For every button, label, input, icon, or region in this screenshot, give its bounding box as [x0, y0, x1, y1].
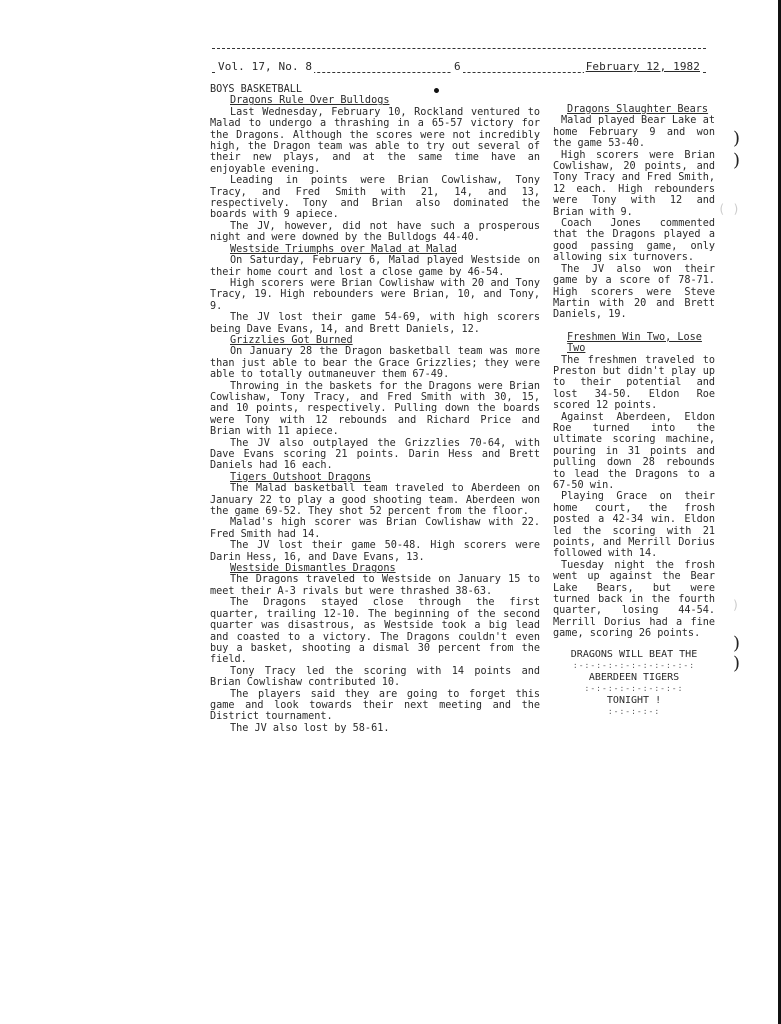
promo-line-1: DRAGONS WILL BEAT THE	[553, 648, 715, 661]
issue-date: February 12, 1982	[584, 60, 702, 73]
promo-dots-2: :-:-:-:-:-:-:-:-:	[553, 684, 715, 694]
page-header: Vol. 17, No. 8 6 February 12, 1982	[212, 60, 706, 76]
article-headline: Dragons Rule Over Bulldogs	[210, 95, 540, 106]
volume-label: Vol. 17, No. 8	[216, 60, 314, 73]
promo-dots-1: :-:-:-:-:-:-:-:-:-:-:	[553, 661, 715, 671]
article-paragraph: Tony Tracy led the scoring with 14 point…	[210, 666, 540, 689]
article-paragraph: Malad played Bear Lake at home February …	[553, 115, 715, 149]
left-column: BOYS BASKETBALL Dragons Rule Over Bulldo…	[210, 84, 540, 734]
page-number: 6	[452, 60, 463, 73]
article-headline: Tigers Outshoot Dragons	[210, 472, 540, 483]
article-paragraph: Against Aberdeen, Eldon Roe turned into …	[553, 412, 715, 492]
margin-bracket-mark: )	[733, 128, 740, 149]
article-paragraph: The JV also lost by 58-61.	[210, 723, 540, 734]
article-paragraph: High scorers were Brian Cowlishaw, 20 po…	[553, 150, 715, 218]
margin-bracket-mark: )	[733, 150, 740, 171]
left-articles: Dragons Rule Over BulldogsLast Wednesday…	[210, 95, 540, 734]
article-paragraph: Throwing in the baskets for the Dragons …	[210, 381, 540, 438]
promo-line-3: TONIGHT !	[553, 694, 715, 707]
article-paragraph: Tuesday night the frosh went up against …	[553, 560, 715, 640]
article-paragraph: Last Wednesday, February 10, Rockland ve…	[210, 107, 540, 175]
promo-dots-3: :-:-:-:-:	[553, 707, 715, 717]
article-paragraph: The JV also won their game by a score of…	[553, 264, 715, 321]
article-headline: Westside Dismantles Dragons	[210, 563, 540, 574]
article-paragraph: The JV lost their game 50-48. High score…	[210, 540, 540, 563]
article-paragraph: Malad's high scorer was Brian Cowlishaw …	[210, 517, 540, 540]
article-headline: Westside Triumphs over Malad at Malad	[210, 244, 540, 255]
article-gap	[553, 321, 715, 332]
article-headline: Grizzlies Got Burned	[210, 335, 540, 346]
faint-margin-mark: ( )	[718, 202, 740, 216]
section-title: BOYS BASKETBALL	[210, 84, 540, 95]
article-paragraph: On January 28 the Dragon basketball team…	[210, 346, 540, 380]
faint-margin-mark: )	[732, 598, 739, 612]
article-paragraph: The JV, however, did not have such a pro…	[210, 221, 540, 244]
article-paragraph: The JV lost their game 54-69, with high …	[210, 312, 540, 335]
article-headline: Freshmen Win Two, Lose Two	[553, 332, 715, 355]
article-paragraph: Leading in points were Brian Cowlishaw, …	[210, 175, 540, 221]
right-articles: Dragons Slaughter BearsMalad played Bear…	[553, 104, 715, 640]
margin-bracket-mark: )	[733, 633, 740, 654]
top-dashed-rule	[212, 48, 706, 49]
article-paragraph: The JV also outplayed the Grizzlies 70-6…	[210, 438, 540, 472]
promo-line-2: ABERDEEN TIGERS	[553, 671, 715, 684]
right-column: Dragons Slaughter BearsMalad played Bear…	[553, 104, 715, 717]
article-paragraph: The Malad basketball team traveled to Ab…	[210, 483, 540, 517]
article-paragraph: The Dragons traveled to Westside on Janu…	[210, 574, 540, 597]
article-paragraph: The players said they are going to forge…	[210, 689, 540, 723]
article-paragraph: The Dragons stayed close through the fir…	[210, 597, 540, 665]
promo-box: DRAGONS WILL BEAT THE :-:-:-:-:-:-:-:-:-…	[553, 648, 715, 717]
article-headline: Dragons Slaughter Bears	[553, 104, 715, 115]
article-paragraph: On Saturday, February 6, Malad played We…	[210, 255, 540, 278]
article-paragraph: The freshmen traveled to Preston but did…	[553, 355, 715, 412]
article-paragraph: Coach Jones commented that the Dragons p…	[553, 218, 715, 264]
article-paragraph: Playing Grace on their home court, the f…	[553, 491, 715, 559]
article-paragraph: High scorers were Brian Cowlishaw with 2…	[210, 278, 540, 312]
margin-bracket-mark: )	[733, 653, 740, 674]
